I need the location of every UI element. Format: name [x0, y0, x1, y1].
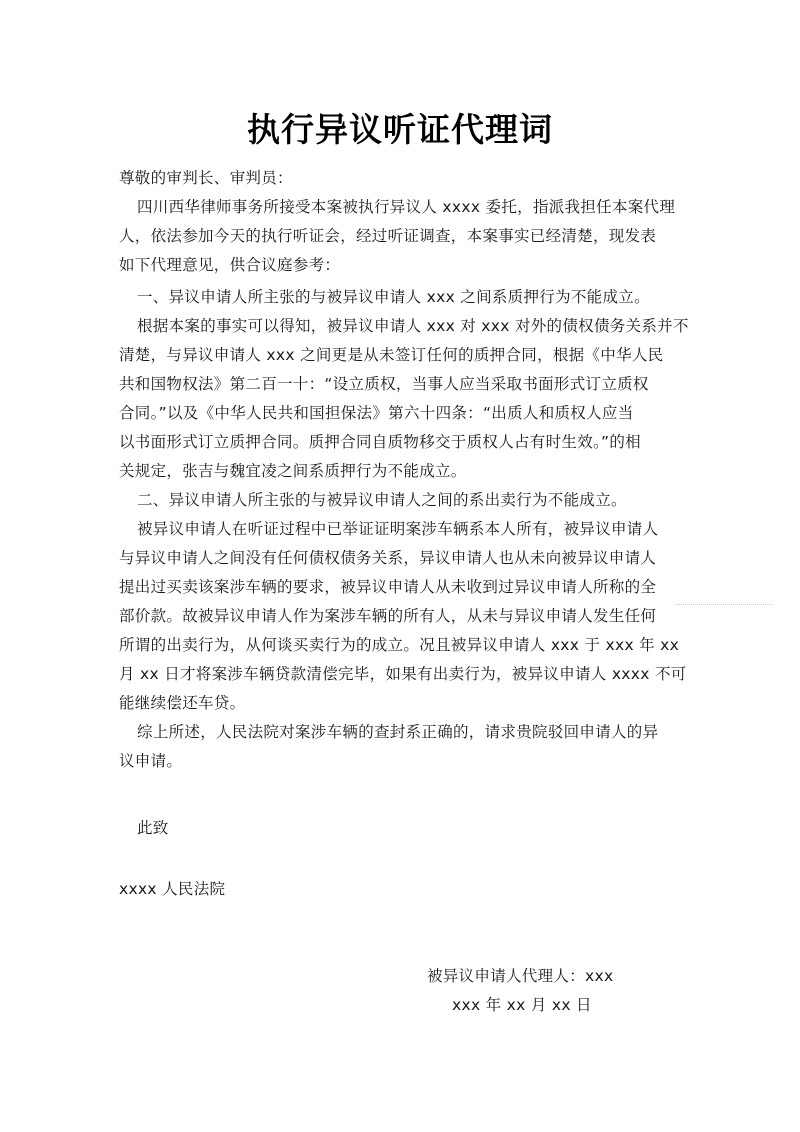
closing: 此致 — [137, 818, 169, 838]
paragraph-line: 如下代理意见，供合议庭参考： — [119, 255, 340, 275]
conclusion-line: 综上所述，人民法院对案涉车辆的查封系正确的，请求贵院驳回申请人的异 — [137, 722, 658, 742]
date: xxx 年 xx 月 xx 日 — [452, 995, 592, 1015]
paragraph-line: 清楚，与异议申请人 xxx 之间更是从未签订任何的质押合同，根据《中华人民 — [119, 345, 663, 365]
section-heading-2: 二、异议申请人所主张的与被异议申请人之间的系出卖行为不能成立。 — [137, 490, 627, 510]
conclusion-line: 议申请。 — [119, 751, 182, 771]
paragraph-line: 根据本案的事实可以得知，被异议申请人 xxx 对 xxx 对外的债权债务关系并不 — [137, 316, 689, 336]
document-title: 执行异议听证代理词 — [0, 104, 800, 151]
paragraph-line: 关规定，张吉与魏宜凌之间系质押行为不能成立。 — [119, 461, 467, 481]
section-heading-1: 一、异议申请人所主张的与被异议申请人 xxx 之间系质押行为不能成立。 — [137, 287, 650, 307]
paragraph-line: 提出过买卖该案涉车辆的要求，被异议申请人从未收到过异议申请人所称的全 — [119, 577, 656, 597]
salutation: 尊敬的审判长、审判员： — [119, 168, 293, 188]
addressee: xxxx 人民法院 — [119, 879, 225, 899]
paragraph-line: 部价款。故被异议申请人作为案涉车辆的所有人，从未与异议申请人发生任何 — [119, 606, 656, 626]
paragraph-line: 被异议申请人在听证过程中已举证证明案涉车辆系本人所有，被异议申请人 — [137, 519, 658, 539]
paragraph-line: 所谓的出卖行为，从何谈买卖行为的成立。况且被异议申请人 xxx 于 xxx 年 … — [119, 635, 679, 655]
dotted-line-mark — [676, 604, 772, 605]
paragraph-line: 共和国物权法》第二百一十：“设立质权，当事人应当采取书面形式订立质权 — [119, 374, 649, 394]
paragraph-line: 人，依法参加今天的执行听证会，经过听证调查，本案事实已经清楚，现发表 — [119, 226, 656, 246]
paragraph-line: 能继续偿还车贷。 — [119, 693, 245, 713]
document-page: 执行异议听证代理词 尊敬的审判长、审判员： 四川西华律师事务所接受本案被执行异议… — [0, 0, 800, 1132]
paragraph-line: 四川西华律师事务所接受本案被执行异议人 xxxx 委托，指派我担任本案代理 — [137, 197, 675, 217]
paragraph-line: 与异议申请人之间没有任何债权债务关系，异议申请人也从未向被异议申请人 — [119, 548, 656, 568]
signature: 被异议申请人代理人：xxx — [427, 966, 613, 986]
paragraph-line: 合同。”以及《中华人民共和国担保法》第六十四条：“出质人和质权人应当 — [119, 403, 634, 423]
paragraph-line: 以书面形式订立质押合同。质押合同自质物移交于质权人占有时生效。”的相 — [119, 432, 641, 452]
paragraph-line: 月 xx 日才将案涉车辆贷款清偿完毕，如果有出卖行为，被异议申请人 xxxx 不… — [119, 664, 687, 684]
